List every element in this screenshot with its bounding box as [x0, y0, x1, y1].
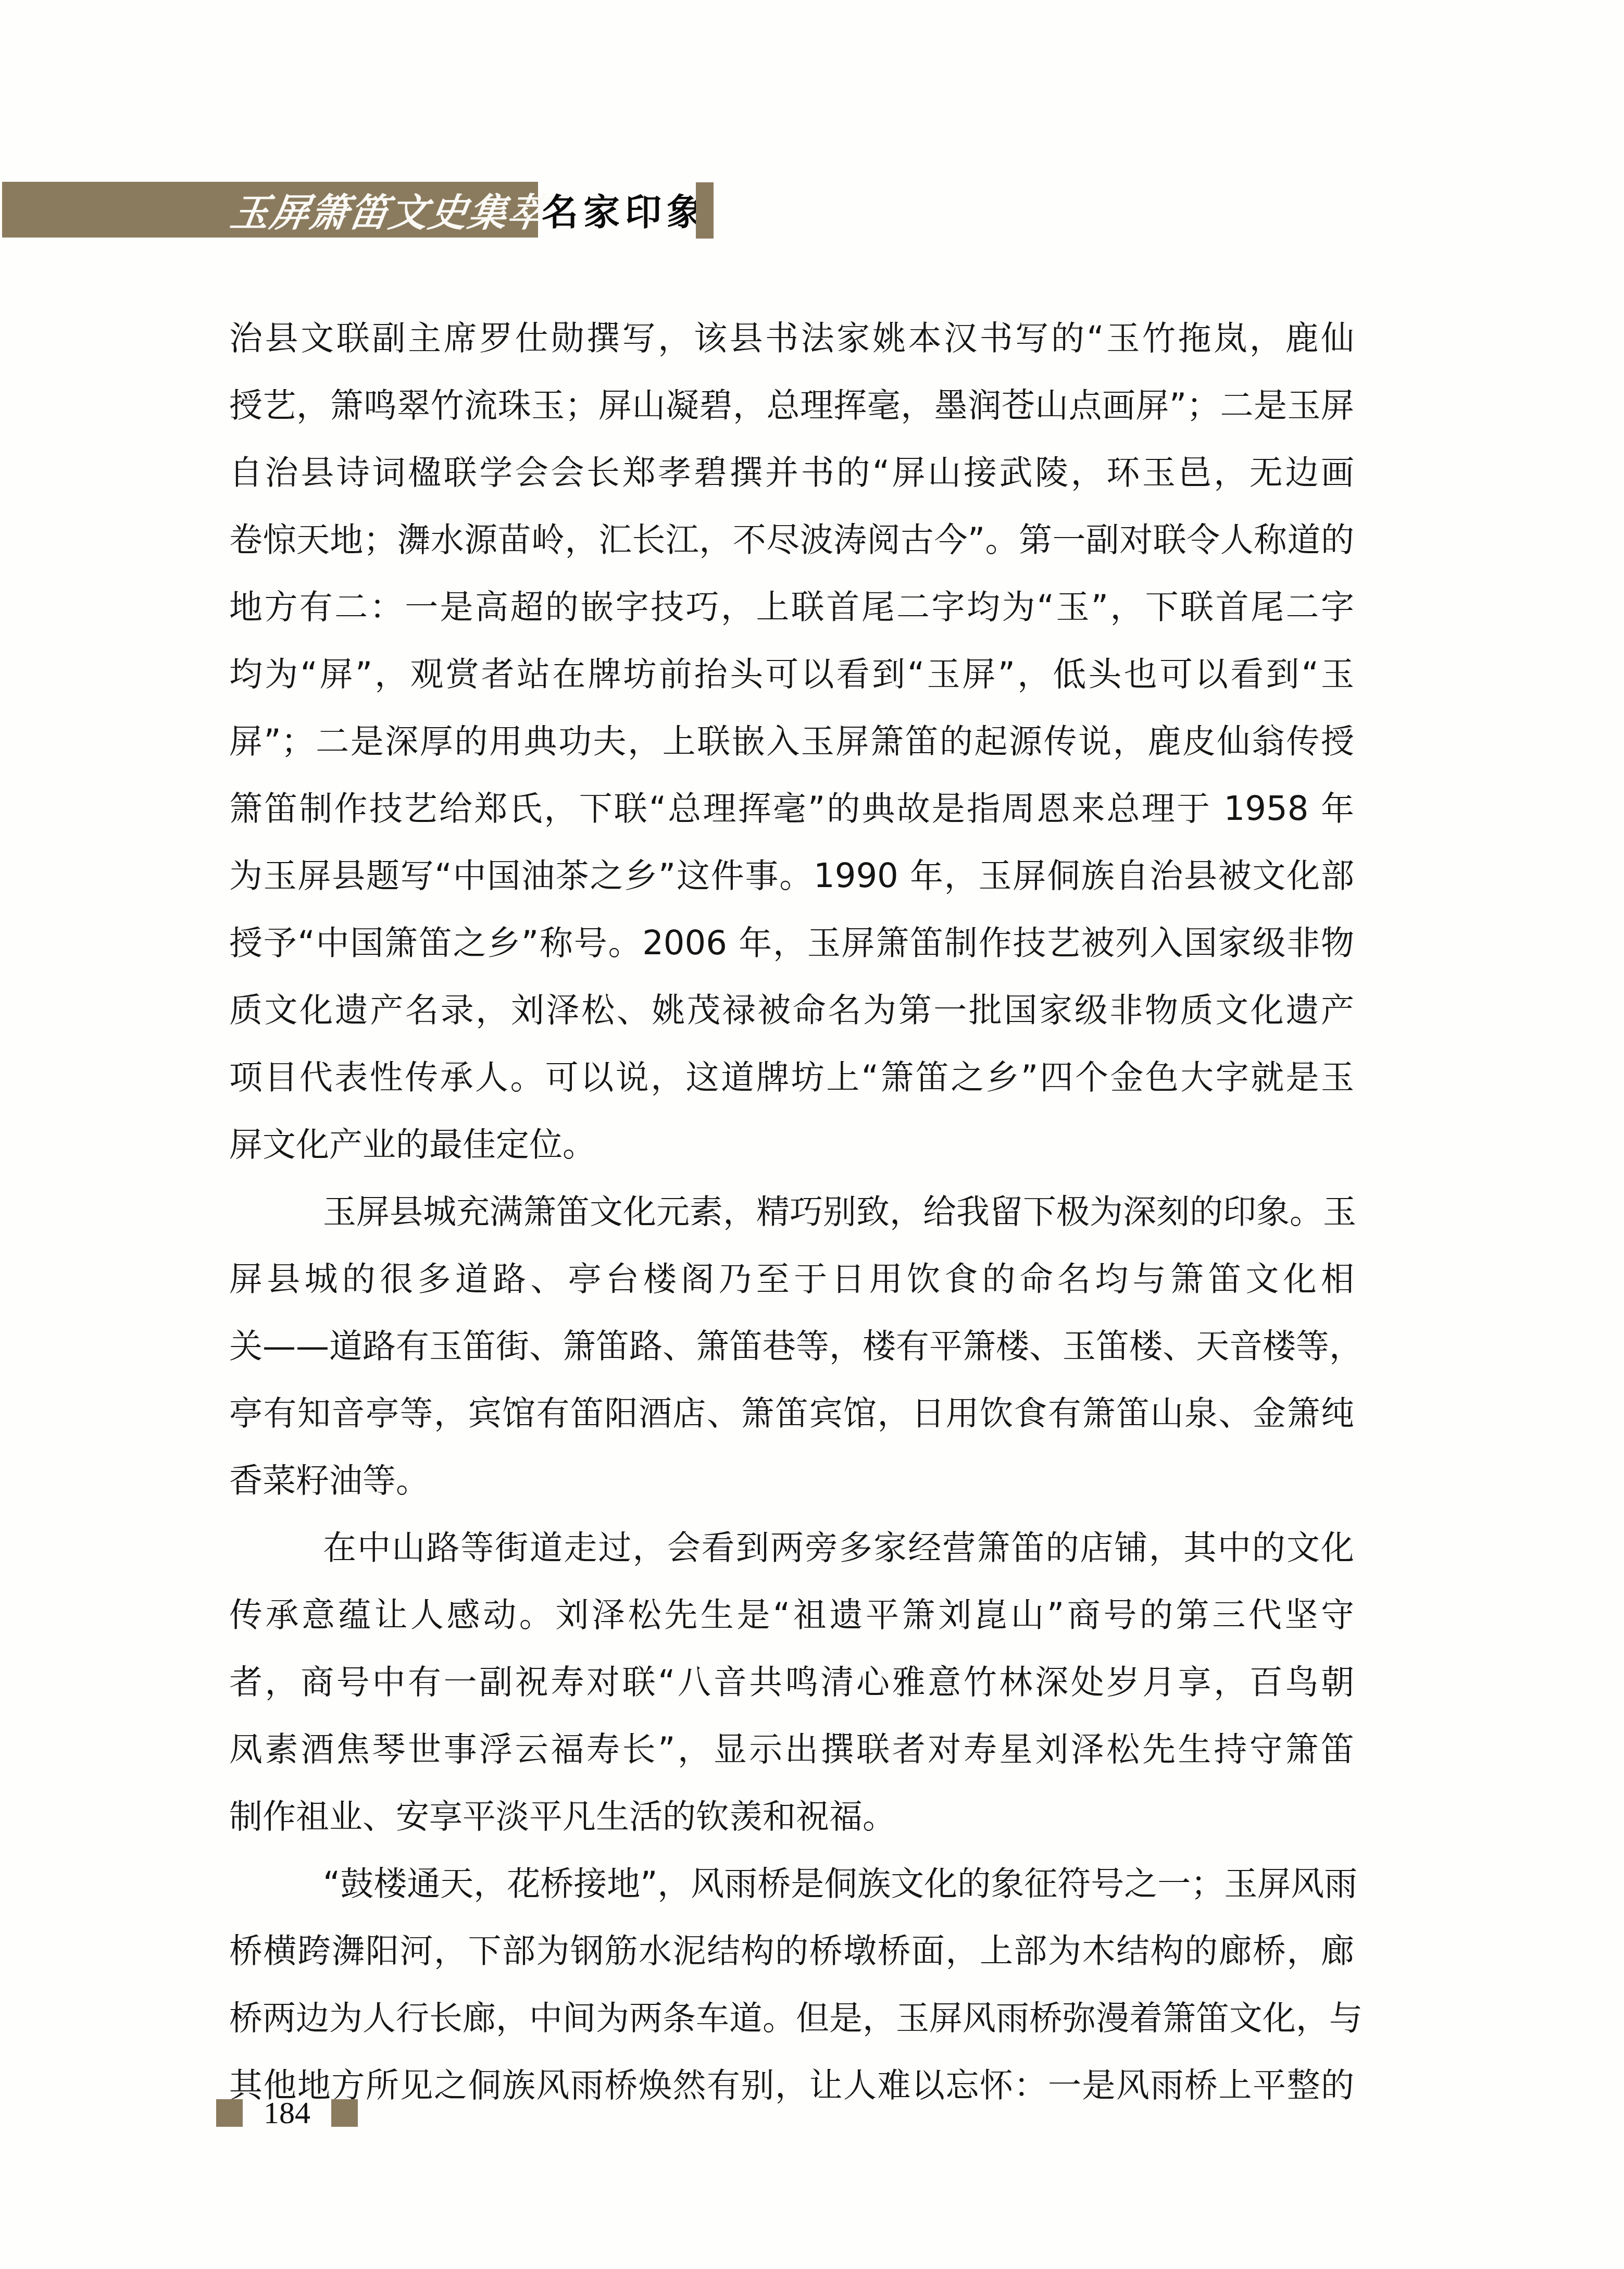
text-line: 其他地方所见之侗族风雨桥焕然有别，让人难以忘怀：一是风雨桥上平整的: [229, 2060, 1354, 2127]
text-line: 香菜籽油等。: [229, 1455, 1354, 1522]
text-line: 亭有知音亭等，宾馆有笛阳酒店、箫笛宾馆，日用饮食有箫笛山泉、金箫纯: [229, 1388, 1354, 1455]
text-line: 传承意蕴让人感动。刘泽松先生是“祖遗平箫刘崑山”商号的第三代坚守: [229, 1589, 1354, 1656]
text-line: 桥两边为人行长廊，中间为两条车道。但是，玉屏风雨桥弥漫着箫笛文化，与: [229, 1992, 1354, 2060]
footer-square-right: [331, 2099, 358, 2127]
text-line: “鼓楼通天，花桥接地”，风雨桥是侗族文化的象征符号之一；玉屏风雨: [229, 1858, 1354, 1925]
page-number: 184: [243, 2095, 331, 2131]
text-line: 桥横跨㵲阳河，下部为钢筋水泥结构的桥墩桥面，上部为木结构的廊桥，廊: [229, 1925, 1354, 1992]
text-line: 卷惊天地；㵲水源苗岭，汇长江，不尽波涛阅古今”。第一副对联令人称道的: [229, 514, 1354, 581]
text-line: 为玉屏县题写“中国油茶之乡”这件事。1990 年，玉屏侗族自治县被文化部: [229, 850, 1354, 917]
text-line: 屏”；二是深厚的用典功夫，上联嵌入玉屏箫笛的起源传说，鹿皮仙翁传授: [229, 716, 1354, 783]
text-line: 箫笛制作技艺给郑氏，下联“总理挥毫”的典故是指周恩来总理于 1958 年: [229, 783, 1354, 850]
text-line: 治县文联副主席罗仕勋撰写，该县书法家姚本汉书写的“玉竹拖岚，鹿仙: [229, 313, 1354, 380]
header-accent-bar: [696, 182, 714, 239]
series-title: 玉屏箫笛文史集萃: [227, 182, 552, 238]
text-line: 者，商号中有一副祝寿对联“八音共鸣清心雅意竹林深处岁月享，百鸟朝: [229, 1656, 1354, 1724]
text-line: 授艺，箫鸣翠竹流珠玉；屏山凝碧，总理挥毫，墨润苍山点画屏”；二是玉屏: [229, 380, 1354, 447]
footer-square-left: [216, 2099, 243, 2127]
text-line: 地方有二：一是高超的嵌字技巧，上联首尾二字均为“玉”，下联首尾二字: [229, 581, 1354, 649]
text-line: 质文化遗产名录，刘泽松、姚茂禄被命名为第一批国家级非物质文化遗产: [229, 984, 1354, 1052]
text-line: 在中山路等街道走过，会看到两旁多家经营箫笛的店铺，其中的文化: [229, 1522, 1354, 1589]
text-line: 项目代表性传承人。可以说，这道牌坊上“箫笛之乡”四个金色大字就是玉: [229, 1052, 1354, 1119]
text-line: 屏县城的很多道路、亭台楼阁乃至于日用饮食的命名均与箫笛文化相: [229, 1253, 1354, 1320]
body-text: 治县文联副主席罗仕勋撰写，该县书法家姚本汉书写的“玉竹拖岚，鹿仙授艺，箫鸣翠竹流…: [229, 313, 1354, 2127]
page-footer: 184: [216, 2099, 358, 2127]
text-line: 均为“屏”，观赏者站在牌坊前抬头可以看到“玉屏”，低头也可以看到“玉: [229, 649, 1354, 716]
text-line: 关——道路有玉笛街、箫笛路、箫笛巷等，楼有平箫楼、玉笛楼、天音楼等，: [229, 1320, 1354, 1388]
text-line: 屏文化产业的最佳定位。: [229, 1119, 1354, 1186]
text-line: 授予“中国箫笛之乡”称号。2006 年，玉屏箫笛制作技艺被列入国家级非物: [229, 917, 1354, 984]
text-line: 制作祖业、安享平淡平凡生活的钦羡和祝福。: [229, 1791, 1354, 1858]
text-line: 凤素酒焦琴世事浮云福寿长”，显示出撰联者对寿星刘泽松先生持守箫笛: [229, 1724, 1354, 1791]
header-bar: 玉屏箫笛文史集萃: [2, 182, 538, 238]
section-title: 名家印象: [542, 182, 708, 238]
text-line: 玉屏县城充满箫笛文化元素，精巧别致，给我留下极为深刻的印象。玉: [229, 1186, 1354, 1253]
text-line: 自治县诗词楹联学会会长郑孝碧撰并书的“屏山接武陵，环玉邑，无边画: [229, 447, 1354, 514]
